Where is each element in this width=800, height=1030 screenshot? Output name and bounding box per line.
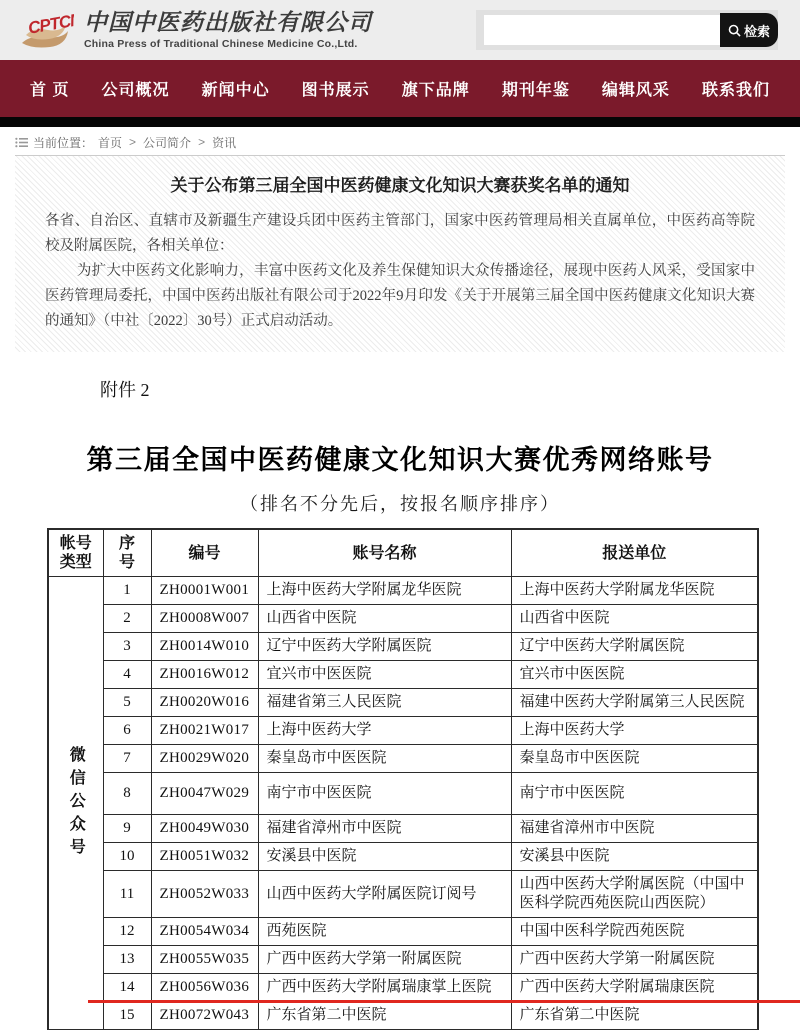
nav-item-books[interactable]: 图书展示 [302,77,370,100]
nav-item-editors[interactable]: 编辑风采 [602,77,670,100]
cell-account: 山西中医药大学附属医院订阅号 [258,871,511,918]
cell-unit: 福建中医药大学附属第三人民医院 [511,689,758,717]
header-account-type: 帐号类型 [48,529,103,577]
cell-unit: 广西中医药大学第一附属医院 [511,946,758,974]
award-table: 帐号类型 序号 编号 账号名称 报送单位 微信公众号1ZH0001W001上海中… [47,528,759,1030]
cell-no: 3 [103,633,151,661]
cell-code: ZH0016W012 [151,661,258,689]
cell-unit: 安溪县中医院 [511,843,758,871]
notice-paragraph-1: 各省、自治区、直辖市及新疆生产建设兵团中医药主管部门，国家中医药管理局相关直属单… [45,209,755,259]
cell-code: ZH0054W034 [151,918,258,946]
breadcrumb-prefix: 当前位置： [33,134,93,151]
cell-code: ZH0055W035 [151,946,258,974]
cell-code: ZH0072W043 [151,1002,258,1030]
account-type-cell: 微信公众号 [48,577,103,1030]
cell-account: 山西省中医院 [258,605,511,633]
table-row: 6ZH0021W017上海中医药大学上海中医药大学 [48,717,758,745]
search-icon [728,24,741,37]
cell-unit: 上海中医药大学 [511,717,758,745]
cell-unit: 广东省第二中医院 [511,1002,758,1030]
breadcrumb-separator: > [198,135,205,149]
cell-account: 广西中医药大学第一附属医院 [258,946,511,974]
cell-code: ZH0020W016 [151,689,258,717]
table-row: 13ZH0055W035广西中医药大学第一附属医院广西中医药大学第一附属医院 [48,946,758,974]
cell-account: 广东省第二中医院 [258,1002,511,1030]
nav-item-company[interactable]: 公司概况 [102,77,170,100]
cell-no: 13 [103,946,151,974]
cell-account: 上海中医药大学附属龙华医院 [258,577,511,605]
attachment-label: 附件 2 [100,376,800,402]
cell-unit: 上海中医药大学附属龙华医院 [511,577,758,605]
cell-code: ZH0001W001 [151,577,258,605]
table-row: 15ZH0072W043广东省第二中医院广东省第二中医院 [48,1002,758,1030]
breadcrumb: 当前位置： 首页 > 公司简介 > 资讯 [0,127,800,153]
search-button-label: 检索 [744,21,770,40]
cell-unit: 秦皇岛市中医医院 [511,745,758,773]
cell-account: 宜兴市中医医院 [258,661,511,689]
site-logo[interactable]: CPTCM 中国中医药出版社有限公司 China Press of Tradit… [16,5,372,55]
cell-no: 10 [103,843,151,871]
cell-account: 南宁市中医医院 [258,773,511,815]
breadcrumb-company[interactable]: 公司简介 [143,134,191,151]
notice-paragraph-2: 为扩大中医药文化影响力，丰富中医药文化及养生保健知识大众传播途径，展现中医药人风… [45,259,755,334]
company-name-en: China Press of Traditional Chinese Medic… [84,38,372,50]
cell-unit: 广西中医药大学附属瑞康医院 [511,974,758,1002]
cell-unit: 山西省中医院 [511,605,758,633]
nav-item-brands[interactable]: 旗下品牌 [402,77,470,100]
cell-no: 14 [103,974,151,1002]
cell-no: 6 [103,717,151,745]
cell-no: 7 [103,745,151,773]
table-row: 微信公众号1ZH0001W001上海中医药大学附属龙华医院上海中医药大学附属龙华… [48,577,758,605]
search-button[interactable]: 检索 [720,13,778,47]
cell-unit: 宜兴市中医医院 [511,661,758,689]
cell-no: 8 [103,773,151,815]
cell-account: 福建省第三人民医院 [258,689,511,717]
cell-no: 15 [103,1002,151,1030]
table-section: 帐号类型 序号 编号 账号名称 报送单位 微信公众号1ZH0001W001上海中… [0,528,800,1030]
cell-no: 11 [103,871,151,918]
header-code: 编号 [151,529,258,577]
search-input[interactable] [484,15,722,45]
table-row: 11ZH0052W033山西中医药大学附属医院订阅号山西中医药大学附属医院（中国… [48,871,758,918]
logo-mark-icon: CPTCM [16,5,74,55]
award-list-subtitle: （排名不分先后，按报名顺序排序） [0,490,800,516]
cell-account: 福建省漳州市中医院 [258,815,511,843]
table-row: 4ZH0016W012宜兴市中医医院宜兴市中医医院 [48,661,758,689]
table-row: 10ZH0051W032安溪县中医院安溪县中医院 [48,843,758,871]
nav-item-contact[interactable]: 联系我们 [702,77,770,100]
cell-code: ZH0056W036 [151,974,258,1002]
table-row: 14ZH0056W036广西中医药大学附属瑞康掌上医院广西中医药大学附属瑞康医院 [48,974,758,1002]
header-account: 账号名称 [258,529,511,577]
table-row: 9ZH0049W030福建省漳州市中医院福建省漳州市中医院 [48,815,758,843]
cell-unit: 辽宁中医药大学附属医院 [511,633,758,661]
search-box: 检索 [476,10,778,50]
cell-no: 2 [103,605,151,633]
cell-account: 辽宁中医药大学附属医院 [258,633,511,661]
cell-account: 西苑医院 [258,918,511,946]
header-no: 序号 [103,529,151,577]
cell-no: 5 [103,689,151,717]
notice-title: 关于公布第三届全国中医药健康文化知识大赛获奖名单的通知 [45,171,755,196]
cell-no: 1 [103,577,151,605]
cell-no: 9 [103,815,151,843]
cell-code: ZH0029W020 [151,745,258,773]
table-row: 5ZH0020W016福建省第三人民医院福建中医药大学附属第三人民医院 [48,689,758,717]
cell-code: ZH0051W032 [151,843,258,871]
cell-unit: 中国中医科学院西苑医院 [511,918,758,946]
cell-code: ZH0052W033 [151,871,258,918]
cell-no: 4 [103,661,151,689]
table-header-row: 帐号类型 序号 编号 账号名称 报送单位 [48,529,758,577]
nav-item-home[interactable]: 首 页 [30,77,69,100]
header-unit: 报送单位 [511,529,758,577]
nav-item-news[interactable]: 新闻中心 [202,77,270,100]
cell-code: ZH0047W029 [151,773,258,815]
table-row: 12ZH0054W034西苑医院中国中医科学院西苑医院 [48,918,758,946]
table-row: 7ZH0029W020秦皇岛市中医医院秦皇岛市中医医院 [48,745,758,773]
table-row: 2ZH0008W007山西省中医院山西省中医院 [48,605,758,633]
cell-unit: 山西中医药大学附属医院（中国中医科学院西苑医院山西医院） [511,871,758,918]
cell-account: 秦皇岛市中医医院 [258,745,511,773]
cell-account: 安溪县中医院 [258,843,511,871]
table-row: 8ZH0047W029南宁市中医医院南宁市中医医院 [48,773,758,815]
cell-code: ZH0021W017 [151,717,258,745]
breadcrumb-separator: > [129,135,136,149]
cell-code: ZH0008W007 [151,605,258,633]
breadcrumb-news[interactable]: 资讯 [212,134,236,151]
highlight-underline [88,1000,800,1003]
site-header: CPTCM 中国中医药出版社有限公司 China Press of Tradit… [0,0,800,60]
award-table-body: 微信公众号1ZH0001W001上海中医药大学附属龙华医院上海中医药大学附属龙华… [48,577,758,1030]
award-list-title: 第三届全国中医药健康文化知识大赛优秀网络账号 [0,438,800,477]
cell-account: 上海中医药大学 [258,717,511,745]
main-nav: 首 页 公司概况 新闻中心 图书展示 旗下品牌 期刊年鉴 编辑风采 联系我们 [0,60,800,117]
company-name-cn: 中国中医药出版社有限公司 [84,10,372,36]
cell-no: 12 [103,918,151,946]
nav-bottom-strip [0,117,800,127]
list-icon [15,137,28,148]
cell-code: ZH0049W030 [151,815,258,843]
nav-item-journals[interactable]: 期刊年鉴 [502,77,570,100]
cell-unit: 南宁市中医医院 [511,773,758,815]
notice-section: 关于公布第三届全国中医药健康文化知识大赛获奖名单的通知 各省、自治区、直辖市及新… [15,155,785,352]
cell-code: ZH0014W010 [151,633,258,661]
cell-account: 广西中医药大学附属瑞康掌上医院 [258,974,511,1002]
table-row: 3ZH0014W010辽宁中医药大学附属医院辽宁中医药大学附属医院 [48,633,758,661]
breadcrumb-home[interactable]: 首页 [98,134,122,151]
cell-unit: 福建省漳州市中医院 [511,815,758,843]
